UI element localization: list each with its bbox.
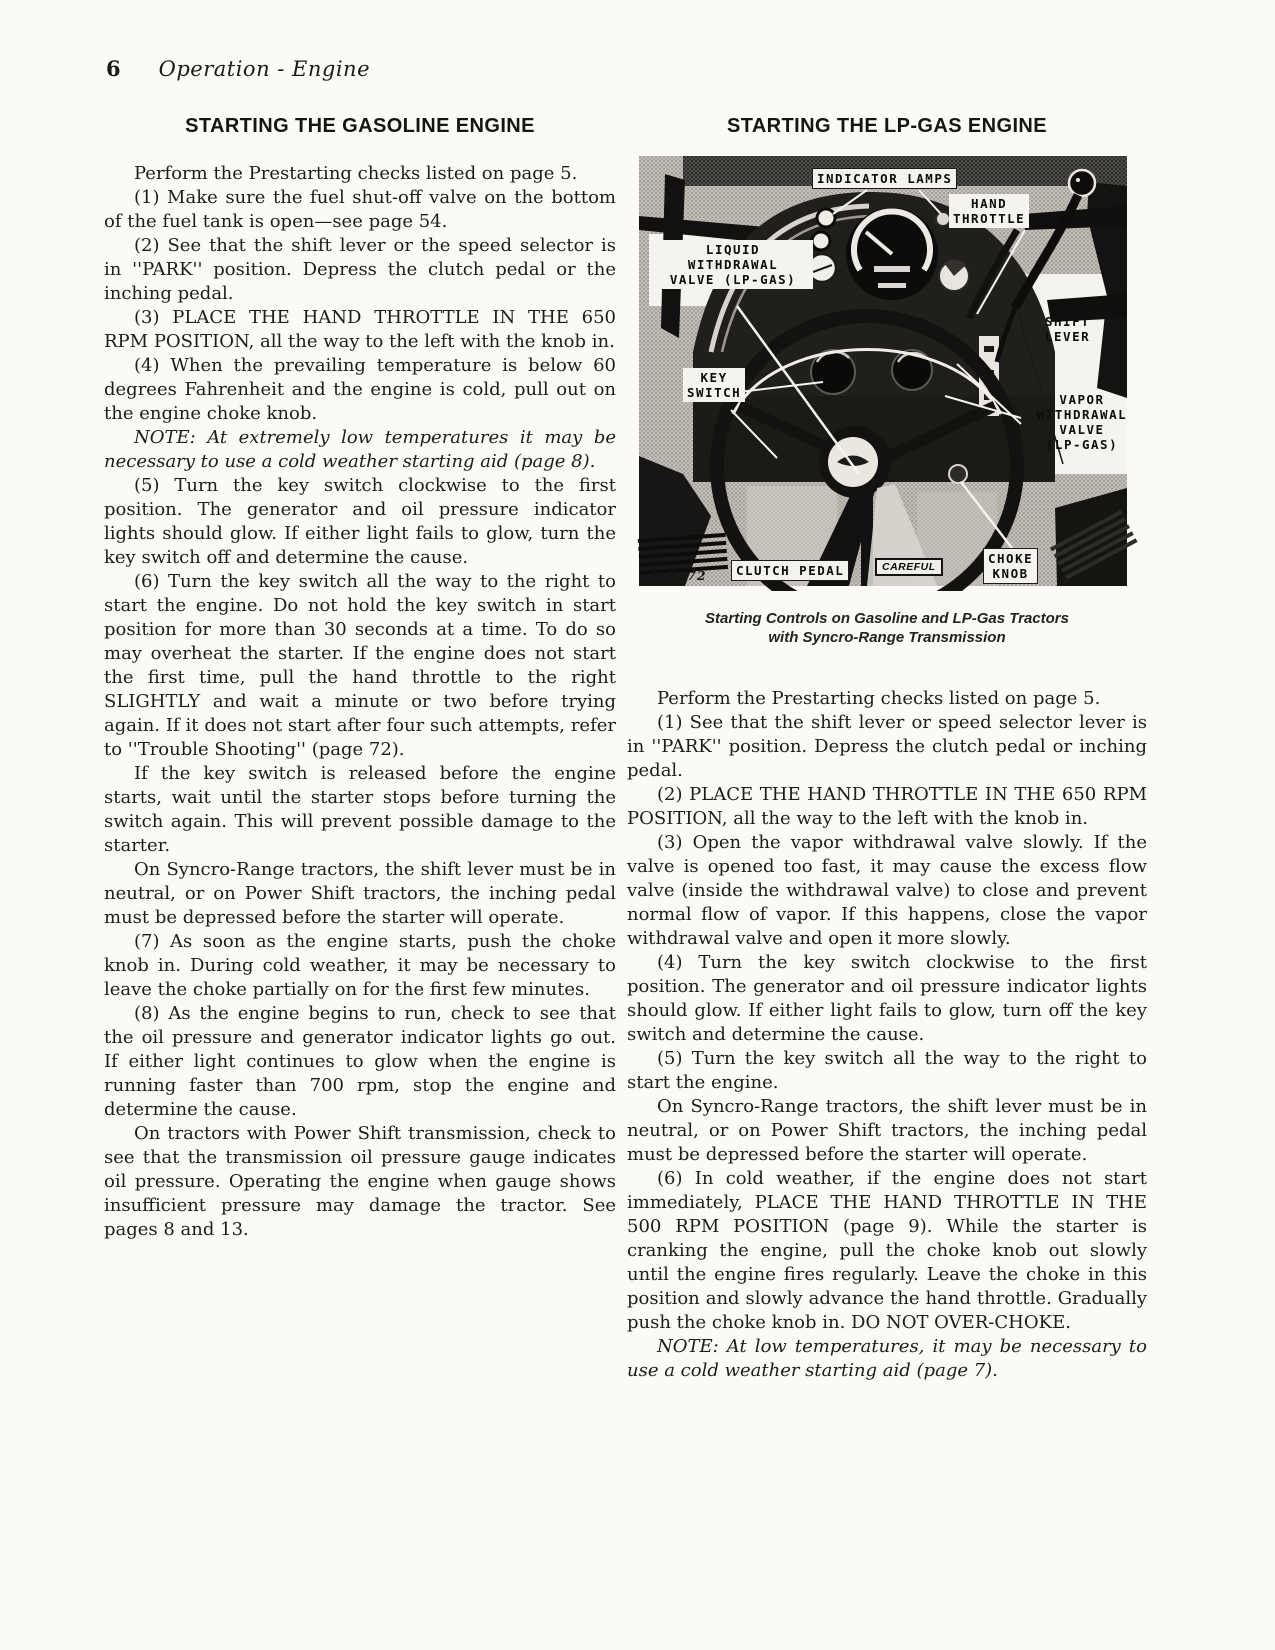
paragraph: (3) Open the vapor withdrawal valve slow…	[627, 831, 1147, 951]
section-title: Operation - Engine	[159, 57, 370, 81]
label-choke-knob: CHOKE KNOB	[983, 548, 1038, 584]
page-header: 6 Operation - Engine	[106, 56, 370, 81]
paragraph: (1) See that the shift lever or speed se…	[627, 711, 1147, 783]
dashboard-figure: INDICATOR LAMPS HAND THROTTLE LIQUID WIT…	[627, 156, 1142, 591]
label-indicator-lamps: INDICATOR LAMPS	[812, 168, 957, 189]
paragraph: (2) PLACE THE HAND THROTTLE IN THE 650 R…	[627, 783, 1147, 831]
note-paragraph: NOTE: At low temperatures, it may be nec…	[627, 1335, 1147, 1383]
shift-lever-knob	[1069, 170, 1095, 196]
paragraph: If the key switch is released before the…	[104, 762, 616, 858]
paragraph: (8) As the engine begins to run, check t…	[104, 1002, 616, 1122]
paragraph: (5) Turn the key switch all the way to t…	[627, 1047, 1147, 1095]
careful-decal: CAREFUL	[875, 558, 943, 576]
paragraph: (5) Turn the key switch clockwise to the…	[104, 474, 616, 570]
paragraph: Perform the Prestarting checks listed on…	[627, 687, 1147, 711]
left-column-heading: STARTING THE GASOLINE ENGINE	[104, 112, 616, 140]
label-key-switch: KEY SWITCH	[683, 368, 745, 402]
paragraph: (7) As soon as the engine starts, push t…	[104, 930, 616, 1002]
key-switch-dial	[892, 350, 932, 390]
right-column-text: Perform the Prestarting checks listed on…	[627, 687, 1147, 1383]
paragraph: (1) Make sure the fuel shut-off valve on…	[104, 186, 616, 234]
paragraph: On Syncro-Range tractors, the shift leve…	[104, 858, 616, 930]
paragraph: Perform the Prestarting checks listed on…	[104, 162, 616, 186]
page-number: 6	[106, 56, 121, 81]
paragraph: (3) PLACE THE HAND THROTTLE IN THE 650 R…	[104, 306, 616, 354]
manual-page: 6 Operation - Engine STARTING THE GASOLI…	[0, 0, 1275, 1650]
label-vapor-withdrawal-valve: VAPOR WITHDRAWAL VALVE (LP-GAS)	[1023, 390, 1141, 454]
label-hand-throttle: HAND THROTTLE	[949, 194, 1029, 228]
paragraph: On Syncro-Range tractors, the shift leve…	[627, 1095, 1147, 1167]
indicator-lamp	[817, 209, 835, 227]
label-liquid-withdrawal-valve: LIQUID WITHDRAWAL VALVE (LP-GAS)	[653, 240, 813, 289]
paragraph: (4) Turn the key switch clockwise to the…	[627, 951, 1147, 1047]
figure-caption: Starting Controls on Gasoline and LP-Gas…	[627, 609, 1147, 647]
paragraph: (4) When the prevailing temperature is b…	[104, 354, 616, 426]
left-column: STARTING THE GASOLINE ENGINE Perform the…	[104, 112, 616, 1242]
label-shift-lever: SHIFT LEVER	[1041, 312, 1094, 346]
indicator-lamp	[812, 232, 830, 250]
label-clutch-pedal: CLUTCH PEDAL	[731, 560, 849, 581]
paragraph: (6) Turn the key switch all the way to t…	[104, 570, 616, 762]
left-column-text: Perform the Prestarting checks listed on…	[104, 162, 616, 1242]
paragraph: On tractors with Power Shift transmissio…	[104, 1122, 616, 1242]
paragraph: (6) In cold weather, if the engine does …	[627, 1167, 1147, 1335]
choke-knob-part	[949, 465, 967, 483]
paragraph: (2) See that the shift lever or the spee…	[104, 234, 616, 306]
photo-reference-number: R 9172	[651, 568, 707, 583]
right-column-heading: STARTING THE LP-GAS ENGINE	[627, 112, 1147, 140]
right-column: STARTING THE LP-GAS ENGINE	[627, 112, 1147, 1383]
note-paragraph: NOTE: At extremely low temperatures it m…	[104, 426, 616, 474]
